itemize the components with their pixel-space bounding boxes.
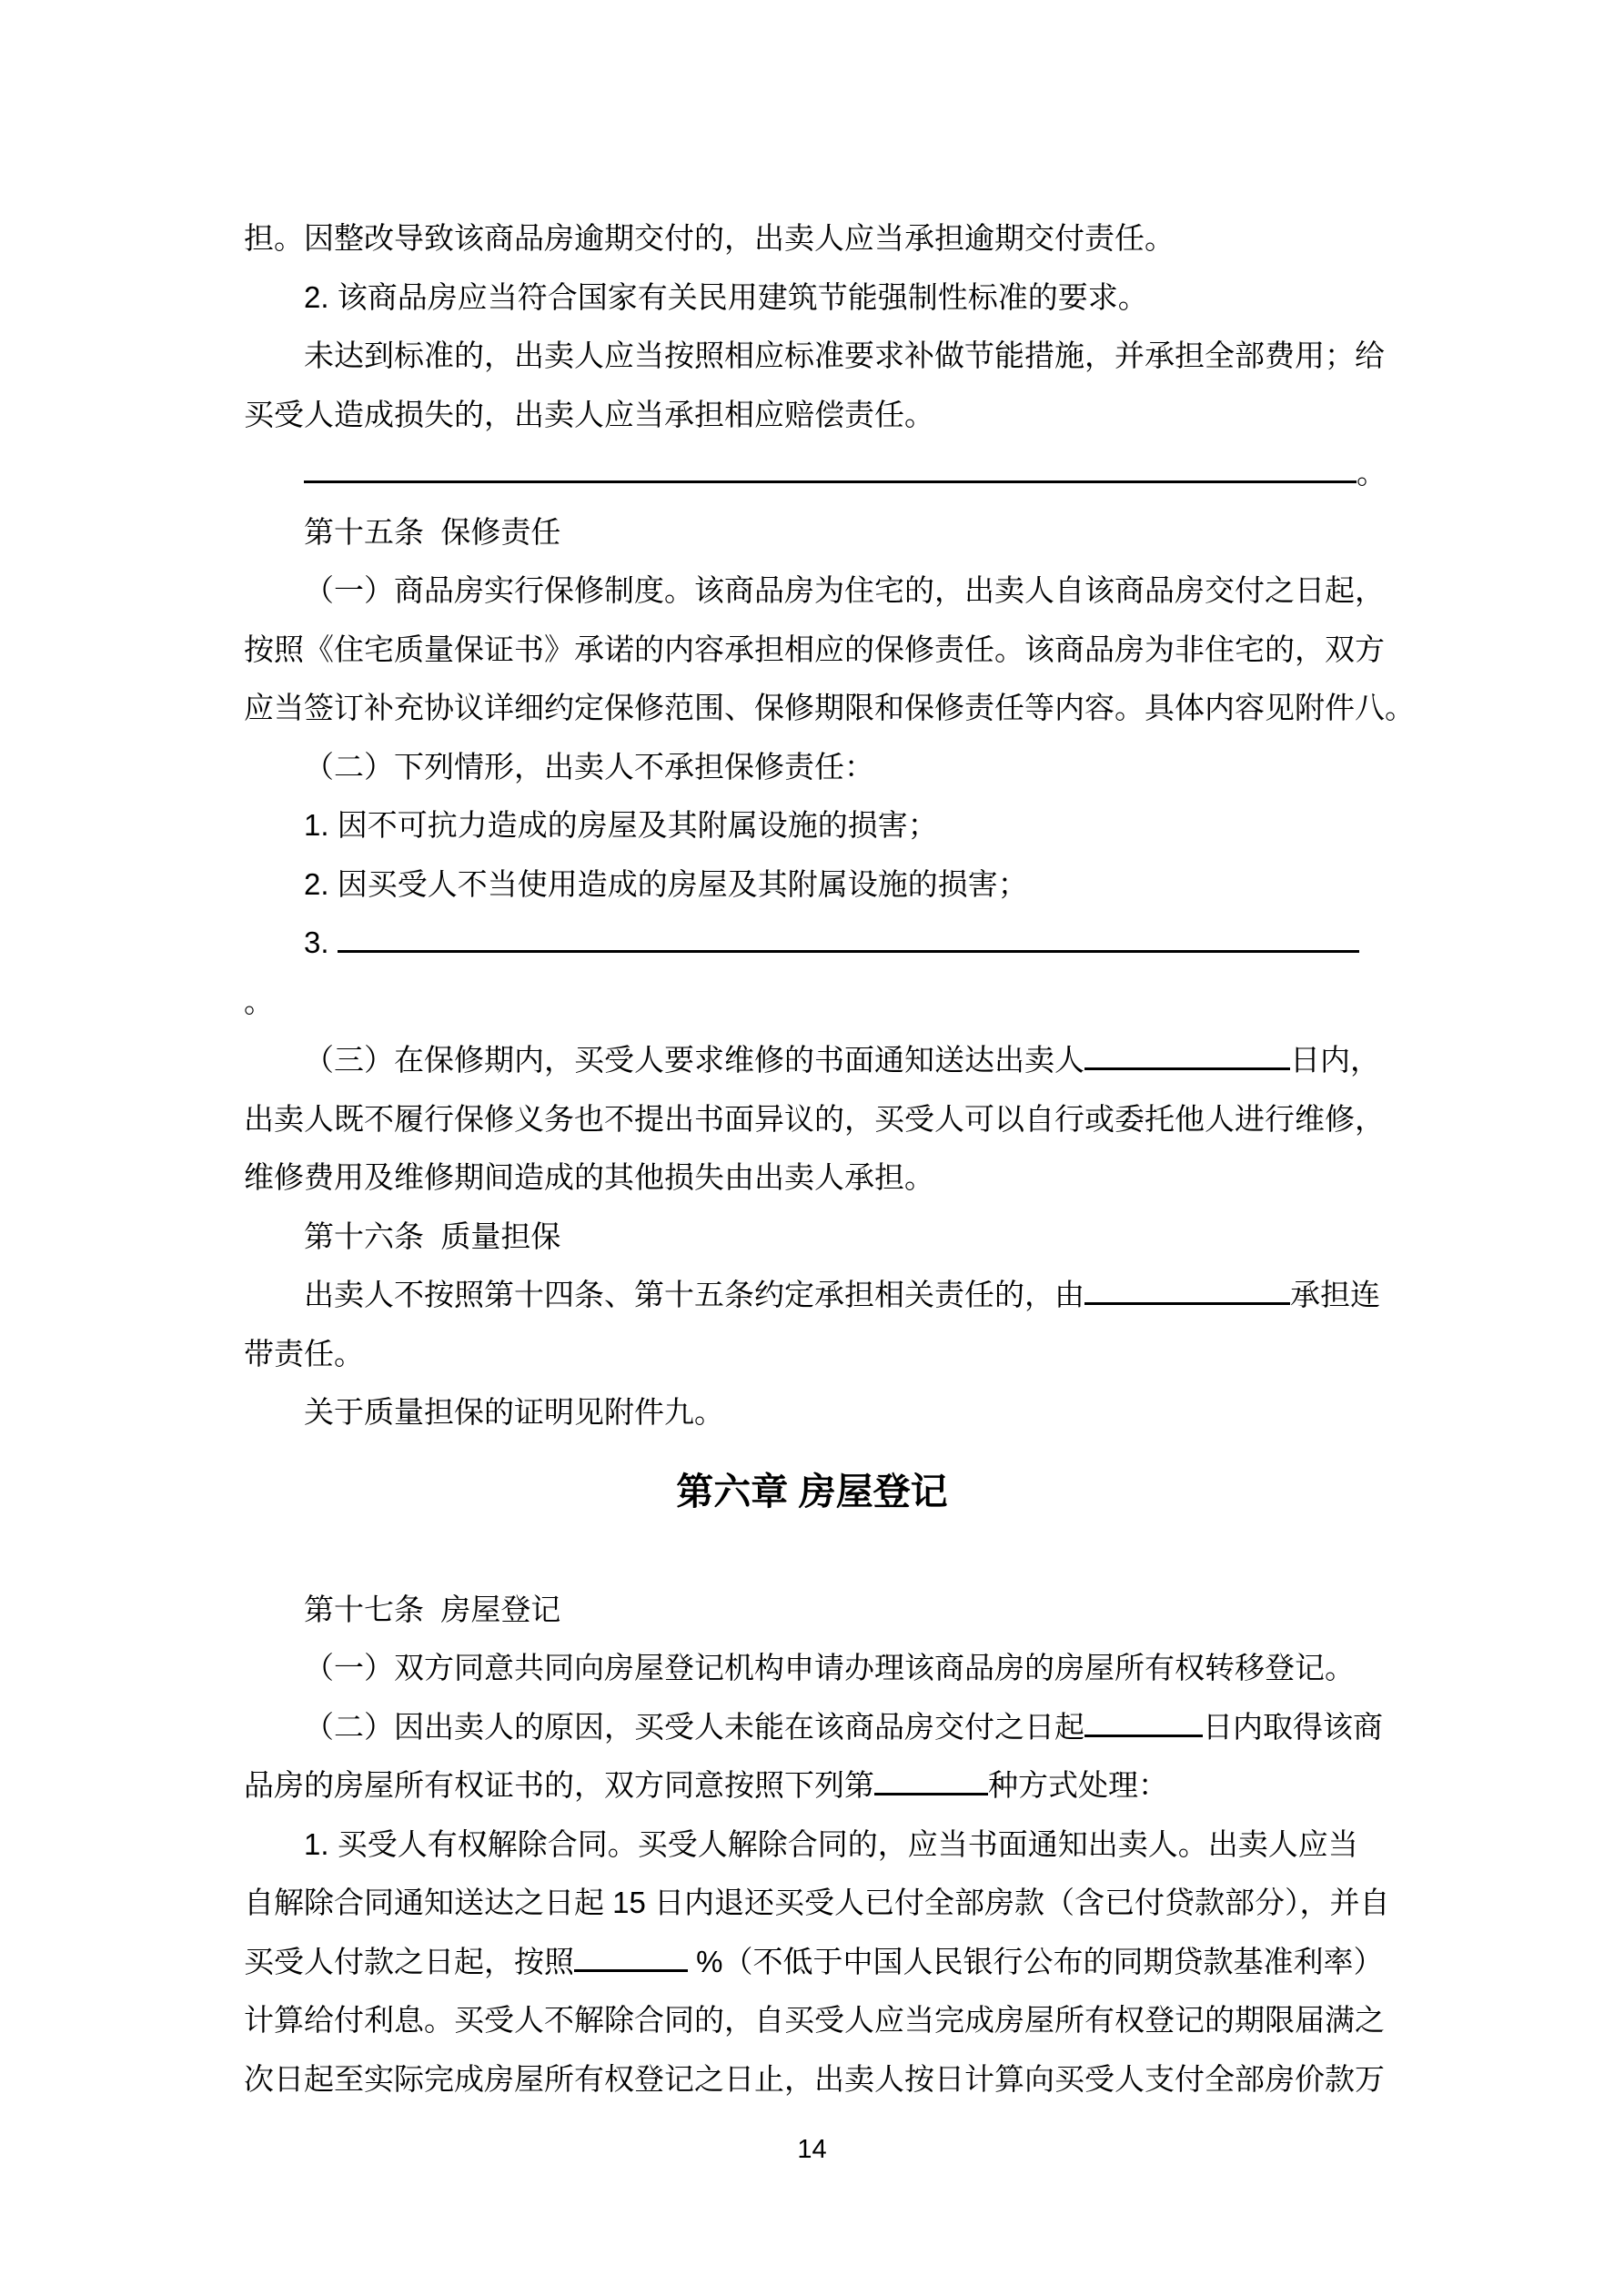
text-segment: 维修费用及维修期间造成的其他损失由出卖人承担。 bbox=[244, 1160, 934, 1194]
text-segment: 种方式处理： bbox=[988, 1768, 1168, 1802]
document-text-line: 维修费用及维修期间造成的其他损失由出卖人承担。 bbox=[244, 1148, 1380, 1208]
document-text-line: 第十五条 保修责任 bbox=[244, 503, 1380, 562]
text-segment: （一）商品房实行保修制度。该商品房为住宅的，出卖人自该商品房交付之日起， bbox=[304, 573, 1385, 607]
document-text-line: 第十六条 质量担保 bbox=[244, 1208, 1380, 1267]
text-segment: （二）因出卖人的原因，买受人未能在该商品房交付之日起 bbox=[304, 1710, 1084, 1744]
text-segment: （一）双方同意共同向房屋登记机构申请办理该商品房的房屋所有权转移登记。 bbox=[304, 1651, 1355, 1684]
page-number: 14 bbox=[0, 2131, 1624, 2168]
text-segment: 品房的房屋所有权证书的，双方同意按照下列第 bbox=[244, 1768, 874, 1802]
text-segment: 日内， bbox=[1290, 1043, 1380, 1077]
text-segment: 2. 该商品房应当符合国家有关民用建筑节能强制性标准的要求。 bbox=[304, 280, 1148, 314]
text-segment: 。 bbox=[244, 985, 274, 1018]
document-text-line: 。 bbox=[244, 973, 1380, 1032]
document-text-line: （三）在保修期内，买受人要求维修的书面通知送达出卖人日内， bbox=[244, 1031, 1380, 1090]
document-text-line: （二）下列情形，出卖人不承担保修责任： bbox=[244, 738, 1380, 797]
text-segment: 次日起至实际完成房屋所有权登记之日止，出卖人按日计算向买受人支付全部房价款万 bbox=[244, 2062, 1385, 2096]
text-segment: 出卖人既不履行保修义务也不提出书面异议的，买受人可以自行或委托他人进行维修， bbox=[244, 1102, 1385, 1136]
text-segment: 第六章 房屋登记 bbox=[676, 1471, 947, 1512]
text-segment: 1. 买受人有权解除合同。买受人解除合同的，应当书面通知出卖人。出卖人应当 bbox=[304, 1827, 1358, 1861]
document-text-line: 自解除合同通知送达之日起 15 日内退还买受人已付全部房款（含已付贷款部分），并… bbox=[244, 1874, 1380, 1933]
document-text-line: 买受人造成损失的，出卖人应当承担相应赔偿责任。 bbox=[244, 386, 1380, 445]
fill-in-blank-underline bbox=[574, 1933, 688, 1972]
document-text-line: 品房的房屋所有权证书的，双方同意按照下列第种方式处理： bbox=[244, 1756, 1380, 1816]
text-segment: 第十七条 房屋登记 bbox=[304, 1593, 560, 1626]
text-segment: 1. 因不可抗力造成的房屋及其附属设施的损害； bbox=[304, 808, 938, 842]
text-segment: 自解除合同通知送达之日起 15 日内退还买受人已付全部房款（含已付贷款部分），并… bbox=[244, 1886, 1390, 1919]
document-text-line: 1. 买受人有权解除合同。买受人解除合同的，应当书面通知出卖人。出卖人应当 bbox=[244, 1816, 1380, 1875]
document-text-line: 第十七条 房屋登记 bbox=[244, 1581, 1380, 1640]
document-text-line: 1. 因不可抗力造成的房屋及其附属设施的损害； bbox=[244, 796, 1380, 855]
document-text-line: （二）因出卖人的原因，买受人未能在该商品房交付之日起日内取得该商 bbox=[244, 1698, 1380, 1757]
document-text-line: 买受人付款之日起，按照 %（不低于中国人民银行公布的同期贷款基准利率） bbox=[244, 1933, 1380, 1992]
text-segment: 2. 因买受人不当使用造成的房屋及其附属设施的损害； bbox=[304, 867, 1028, 901]
document-text-line: 2. 因买受人不当使用造成的房屋及其附属设施的损害； bbox=[244, 855, 1380, 915]
document-body: 担。因整改导致该商品房逾期交付的，出卖人应当承担逾期交付责任。2. 该商品房应当… bbox=[244, 209, 1380, 2109]
text-segment: 买受人付款之日起，按照 bbox=[244, 1945, 574, 1978]
fill-in-blank-underline bbox=[1084, 1698, 1203, 1737]
fill-in-blank-underline bbox=[338, 914, 1359, 953]
fill-in-blank-underline bbox=[1084, 1266, 1290, 1305]
chapter-heading: 第六章 房屋登记 bbox=[244, 1455, 1380, 1528]
text-segment: 承担连 bbox=[1290, 1278, 1380, 1311]
text-segment: 买受人造成损失的，出卖人应当承担相应赔偿责任。 bbox=[244, 398, 934, 431]
document-text-line: 次日起至实际完成房屋所有权登记之日止，出卖人按日计算向买受人支付全部房价款万 bbox=[244, 2050, 1380, 2109]
document-text-line: 出卖人不按照第十四条、第十五条约定承担相关责任的，由承担连 bbox=[244, 1266, 1380, 1325]
text-segment: 关于质量担保的证明见附件九。 bbox=[304, 1395, 724, 1429]
document-text-line: 2. 该商品房应当符合国家有关民用建筑节能强制性标准的要求。 bbox=[244, 268, 1380, 328]
text-segment: 第十五条 保修责任 bbox=[304, 515, 560, 549]
text-segment: 第十六条 质量担保 bbox=[304, 1219, 560, 1253]
text-segment: 带责任。 bbox=[244, 1337, 364, 1371]
document-text-line: （一）双方同意共同向房屋登记机构申请办理该商品房的房屋所有权转移登记。 bbox=[244, 1639, 1380, 1698]
text-segment: %（不低于中国人民银行公布的同期贷款基准利率） bbox=[688, 1945, 1384, 1978]
document-text-line: 未达到标准的，出卖人应当按照相应标准要求补做节能措施，并承担全部费用；给 bbox=[244, 327, 1380, 386]
document-text-line: （一）商品房实行保修制度。该商品房为住宅的，出卖人自该商品房交付之日起， bbox=[244, 561, 1380, 621]
text-segment: 计算给付利息。买受人不解除合同的，自买受人应当完成房屋所有权登记的期限届满之 bbox=[244, 2003, 1385, 2037]
document-text-line: 担。因整改导致该商品房逾期交付的，出卖人应当承担逾期交付责任。 bbox=[244, 209, 1380, 268]
text-segment: 出卖人不按照第十四条、第十五条约定承担相关责任的，由 bbox=[304, 1278, 1084, 1311]
text-segment: 应当签订补充协议详细约定保修范围、保修期限和保修责任等内容。具体内容见附件八。 bbox=[244, 691, 1415, 724]
document-text-line: 。 bbox=[244, 444, 1380, 503]
fill-in-blank-underline bbox=[304, 444, 1357, 483]
text-segment: 按照《住宅质量保证书》承诺的内容承担相应的保修责任。该商品房为非住宅的，双方 bbox=[244, 632, 1385, 666]
document-text-line: 计算给付利息。买受人不解除合同的，自买受人应当完成房屋所有权登记的期限届满之 bbox=[244, 1991, 1380, 2050]
document-text-line: 按照《住宅质量保证书》承诺的内容承担相应的保修责任。该商品房为非住宅的，双方 bbox=[244, 621, 1380, 680]
document-text-line: 出卖人既不履行保修义务也不提出书面异议的，买受人可以自行或委托他人进行维修， bbox=[244, 1090, 1380, 1149]
text-segment: 未达到标准的，出卖人应当按照相应标准要求补做节能措施，并承担全部费用；给 bbox=[304, 339, 1385, 372]
document-text-line: 带责任。 bbox=[244, 1325, 1380, 1384]
text-segment: 3. bbox=[304, 925, 338, 959]
fill-in-blank-underline bbox=[1084, 1031, 1290, 1070]
text-segment: 。 bbox=[1357, 456, 1387, 490]
document-text-line: 应当签订补充协议详细约定保修范围、保修期限和保修责任等内容。具体内容见附件八。 bbox=[244, 679, 1380, 738]
document-text-line: 3. bbox=[244, 914, 1380, 973]
text-segment: （二）下列情形，出卖人不承担保修责任： bbox=[304, 750, 874, 784]
text-segment: 担。因整改导致该商品房逾期交付的，出卖人应当承担逾期交付责任。 bbox=[244, 221, 1175, 255]
text-segment: 日内取得该商 bbox=[1203, 1710, 1383, 1744]
document-text-line: 关于质量担保的证明见附件九。 bbox=[244, 1383, 1380, 1442]
fill-in-blank-underline bbox=[874, 1756, 988, 1795]
text-segment: （三）在保修期内，买受人要求维修的书面通知送达出卖人 bbox=[304, 1043, 1084, 1077]
contract-document-page: 担。因整改导致该商品房逾期交付的，出卖人应当承担逾期交付责任。2. 该商品房应当… bbox=[0, 0, 1624, 2296]
